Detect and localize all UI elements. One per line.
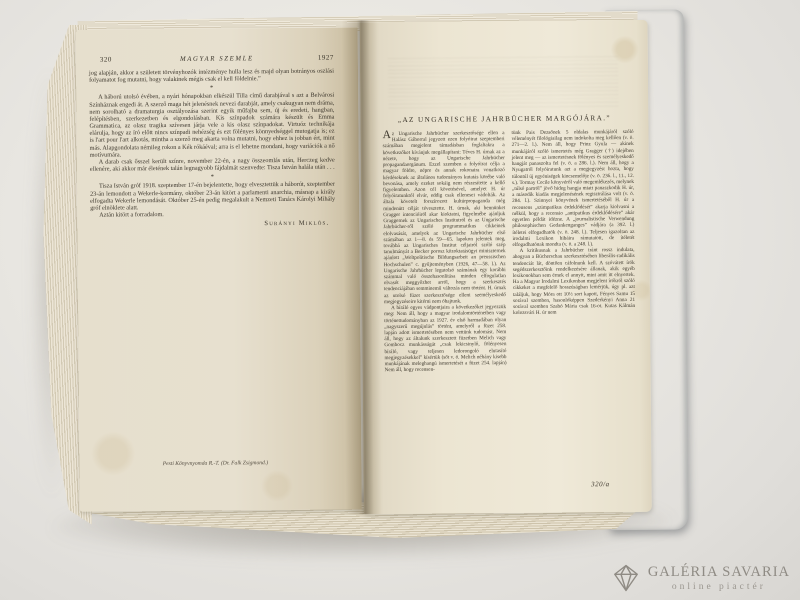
watermark-subtitle: online piactér	[648, 582, 790, 592]
galeria-savaria-logo-icon	[611, 563, 641, 593]
right-page: „AZ UNGARISCHE JAHRBÜCHER MARGÓJÁRA.” Az…	[360, 20, 652, 514]
paragraph: Aztán kitört a forradalom.	[90, 210, 335, 219]
paragraph: Tisza István gróf 1918. szeptember 17-én…	[90, 181, 335, 212]
open-book: 320 MAGYAR SZEMLE 1927 jog alapján, akko…	[0, 0, 800, 600]
journal-title: MAGYAR SZEMLE	[140, 55, 294, 63]
paragraph: A háború utolsó évében, a nyári hónapokb…	[89, 92, 335, 159]
author-signature: Surányi Miklós.	[90, 220, 335, 229]
left-page: 320 MAGYAR SZEMLE 1927 jog alapján, akko…	[76, 27, 362, 511]
column-right: tünk Pais Dezsőnek 5 oldalas munkájáról …	[512, 129, 636, 373]
left-page-body: jog alapján, akkor a született törvényho…	[89, 68, 335, 229]
page-showthrough	[388, 56, 618, 110]
printer-imprint: Pesti Könyvnyomda R.-T. (Dr. Falk Zsigmo…	[79, 459, 351, 467]
right-page-number: 320/a	[591, 480, 610, 488]
article-title: „AZ UNGARISCHE JAHRBÜCHER MARGÓJÁRA.”	[360, 114, 648, 125]
section-separator: *	[89, 83, 334, 92]
watermark-title: GALÉRIA SAVARIA	[648, 564, 790, 581]
section-separator: *	[90, 172, 335, 181]
paragraph: jog alapján, akkor a született törvényho…	[89, 68, 334, 84]
article-columns: Az Ungarische Jahrbücher szerkesztősége …	[383, 129, 636, 374]
paragraph: A kritikusnak a Jahrbücher iránt rossz i…	[513, 247, 636, 316]
watermark-text: GALÉRIA SAVARIA online piactér	[648, 564, 790, 592]
column-left: Az Ungarische Jahrbücher szerkesztősége …	[383, 130, 507, 374]
left-page-number: 320	[100, 55, 140, 63]
book-photo: 320 MAGYAR SZEMLE 1927 jog alapján, akko…	[0, 0, 800, 600]
journal-year: 1927	[294, 54, 334, 62]
paragraph: Az Ungarische Jahrbücher szerkesztősége …	[383, 130, 507, 305]
paragraph: A bíráló egyes vádpontjaira a következők…	[384, 304, 507, 373]
left-page-header: 320 MAGYAR SZEMLE 1927	[100, 54, 334, 64]
paragraph: A darab csak ősszel került színre, novem…	[90, 156, 335, 172]
paragraph: tünk Pais Dezsőnek 5 oldalas munkájáról …	[512, 129, 635, 248]
watermark: GALÉRIA SAVARIA online piactér	[611, 563, 790, 593]
